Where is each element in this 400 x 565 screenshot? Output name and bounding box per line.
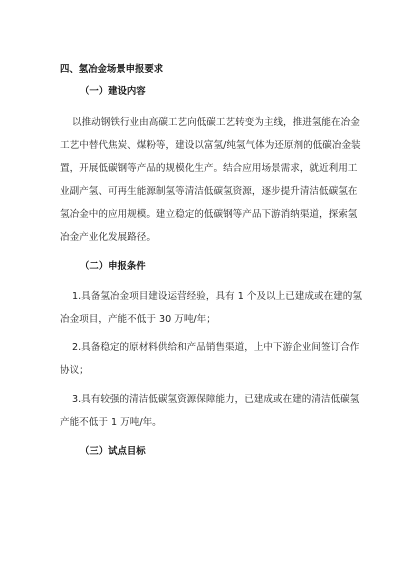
paragraph-line: 冶金产业化发展路径。 xyxy=(60,232,346,244)
paragraph-line: 产能不低于 1 万吨/年。 xyxy=(60,417,346,429)
paragraph-line: 氢冶金中的应用规模。建立稳定的低碳钢等产品下游消纳渠道，探索氢 xyxy=(60,209,346,221)
subsection-heading-2: （二）申报条件 xyxy=(80,261,146,273)
paragraph-line: 置，开展低碳钢等产品的规模化生产。结合应用场景需求，就近利用工 xyxy=(60,163,346,175)
paragraph-line: 3.具有较强的清洁低碳氢资源保障能力，已建成或在建的清洁低碳氢 xyxy=(72,394,346,406)
paragraph-line: 工艺中替代焦炭、煤粉等，建设以富氢/纯氢气体为还原剂的低碳冶金装 xyxy=(60,140,346,152)
subsection-heading-1: （一）建设内容 xyxy=(80,86,146,98)
document-page: 四、氢冶金场景申报要求 （一）建设内容 以推动钢铁行业由高碳工艺向低碳工艺转变为… xyxy=(0,0,400,565)
paragraph-line: 协议； xyxy=(60,365,346,377)
subsection-heading-3: （三）试点目标 xyxy=(80,446,146,458)
paragraph-line: 2.具备稳定的原材料供给和产品销售渠道，上中下游企业间签订合作 xyxy=(72,342,346,354)
paragraph-line: 业副产氢、可再生能源制氢等清洁低碳氢资源，逐步提升清洁低碳氢在 xyxy=(60,186,346,198)
paragraph-line: 以推动钢铁行业由高碳工艺向低碳工艺转变为主线，推进氢能在冶金 xyxy=(72,117,346,129)
paragraph-line: 1.具备氢冶金项目建设运营经验，具有 1 个及以上已建成或在建的氢 xyxy=(72,291,346,303)
section-title: 四、氢冶金场景申报要求 xyxy=(60,64,163,76)
paragraph-line: 冶金项目，产能不低于 30 万吨/年； xyxy=(60,314,346,326)
